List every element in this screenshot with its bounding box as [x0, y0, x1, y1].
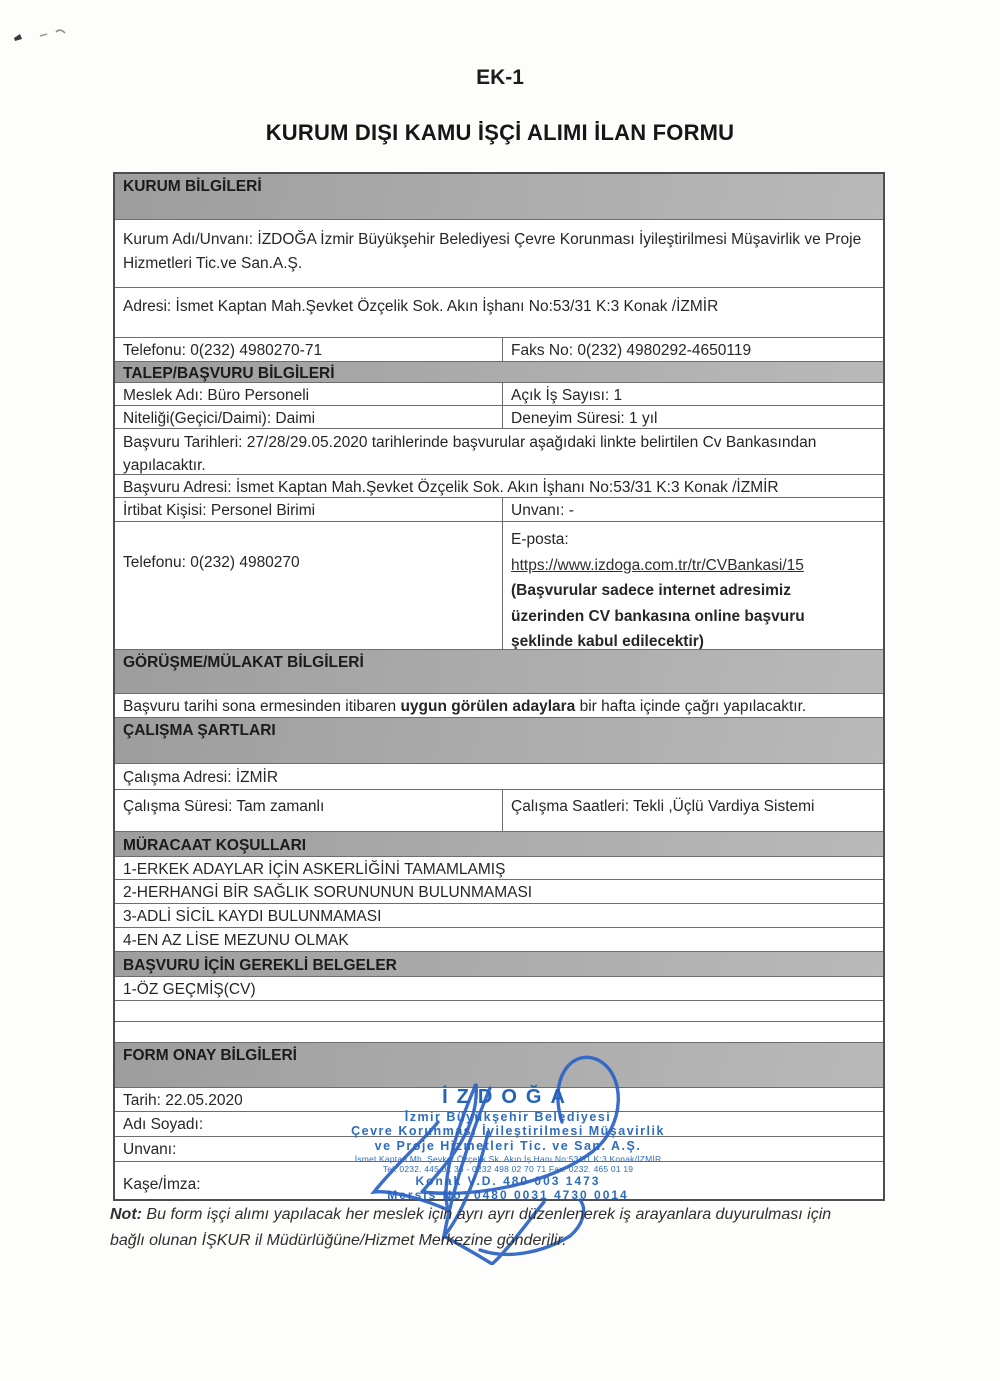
section-header-form-onay: FORM ONAY BİLGİLERİ	[115, 1042, 883, 1087]
muracaat-item-2: 2-HERHANGİ BİR SAĞLIK SORUNUNUN BULUNMAM…	[115, 880, 883, 904]
list-item: 3-ADLİ SİCİL KAYDI BULUNMAMASI	[115, 903, 883, 927]
gorusme-text-post: bir hafta içinde çağrı yapılacaktır.	[575, 698, 806, 715]
gorusme-text-bold: uygun görülen adaylara	[400, 698, 575, 715]
section-header-label: BAŞVURU İÇİN GEREKLİ BELGELER	[115, 952, 883, 977]
acik-is-sayisi-value: Açık İş Sayısı: 1	[502, 383, 883, 405]
stamp-line: Çevre Korunması İyileştirilmesi Müşavirl…	[318, 1124, 698, 1139]
eposta-note-line1: (Başvurular sadece internet adresimiz	[511, 578, 875, 604]
row-basvuru-tarihleri: Başvuru Tarihleri: 27/28/29.05.2020 tari…	[115, 428, 883, 474]
section-header-label: TALEP/BAŞVURU BİLGİLERİ	[115, 362, 883, 384]
form-note: Not: Bu form işçi alımı yapılacak her me…	[110, 1202, 910, 1254]
section-header-label: MÜRACAAT KOŞULLARI	[115, 832, 883, 857]
form-table: KURUM BİLGİLERİ Kurum Adı/Unvanı: İZDOĞA…	[113, 172, 885, 1201]
row-calisma-suresi: Çalışma Süresi: Tam zamanlı Çalışma Saat…	[115, 789, 883, 831]
cv-bankasi-link[interactable]: https://www.izdoga.com.tr/tr/CVBankasi/1…	[511, 553, 875, 579]
row-basvuru-adresi: Başvuru Adresi: İsmet Kaptan Mah.Şevket …	[115, 474, 883, 497]
muracaat-item-4: 4-EN AZ LİSE MEZUNU OLMAK	[115, 928, 883, 952]
row-telefon-faks: Telefonu: 0(232) 4980270-71 Faks No: 0(2…	[115, 337, 883, 361]
deneyim-suresi-value: Deneyim Süresi: 1 yıl	[502, 406, 883, 428]
section-header-kurum-bilgileri: KURUM BİLGİLERİ	[115, 174, 883, 219]
doc-label: EK-1	[0, 66, 1000, 90]
stamp-mersis-no: Mersis No: 0480 0031 4730 0014	[318, 1188, 698, 1202]
calisma-saatleri-value: Çalışma Saatleri: Tekli ,Üçlü Vardiya Si…	[502, 790, 883, 831]
eposta-note-line2: üzerinden CV bankasına online başvuru	[511, 604, 875, 630]
section-header-label: GÖRÜŞME/MÜLAKAT BİLGİLERİ	[115, 650, 883, 674]
row-telefon-eposta: Telefonu: 0(232) 4980270 E-posta: https:…	[115, 521, 883, 649]
gorusme-text-pre: Başvuru tarihi sona ermesinden itibaren	[123, 698, 400, 715]
irtibat-kisisi-value: İrtibat Kişisi: Personel Birimi	[115, 498, 502, 521]
stamp-phone: Tel: 0232. 445 01 36 - 0232 498 02 70 71…	[318, 1164, 698, 1174]
muracaat-item-3: 3-ADLİ SİCİL KAYDI BULUNMAMASI	[115, 904, 883, 928]
niteligi-value: Niteliği(Geçici/Daimi): Daimi	[115, 406, 502, 428]
section-header-label: ÇALIŞMA ŞARTLARI	[115, 718, 883, 742]
scanned-form-page: EK-1 KURUM DIŞI KAMU İŞÇİ ALIMI İLAN FOR…	[0, 0, 1000, 1381]
section-header-label: KURUM BİLGİLERİ	[115, 174, 883, 198]
basvuru-adresi-value: Başvuru Adresi: İsmet Kaptan Mah.Şevket …	[115, 475, 883, 499]
unvani-value: Unvanı: -	[502, 498, 883, 521]
calisma-suresi-value: Çalışma Süresi: Tam zamanlı	[115, 790, 502, 831]
row-meslek-adi: Meslek Adı: Büro Personeli Açık İş Sayıs…	[115, 382, 883, 405]
list-item: 1-ERKEK ADAYLAR İÇİN ASKERLİĞİNİ TAMAMLA…	[115, 856, 883, 879]
muracaat-item-1: 1-ERKEK ADAYLAR İÇİN ASKERLİĞİNİ TAMAMLA…	[115, 857, 883, 881]
page-title: KURUM DIŞI KAMU İŞÇİ ALIMI İLAN FORMU	[0, 120, 1000, 146]
stamp-tax-office: Konak V.D. 480 003 1473	[318, 1174, 698, 1188]
empty-row	[115, 1000, 883, 1021]
pen-speck-marks	[0, 0, 120, 60]
empty-row	[115, 1021, 883, 1042]
company-stamp: İZDOĞA İzmir Büyükşehir Belediyesi Çevre…	[318, 1086, 698, 1202]
section-header-calisma-sartlari: ÇALIŞMA ŞARTLARI	[115, 717, 883, 763]
row-adresi: Adresi: İsmet Kaptan Mah.Şevket Özçelik …	[115, 287, 883, 337]
list-item: 4-EN AZ LİSE MEZUNU OLMAK	[115, 927, 883, 951]
meslek-adi-value: Meslek Adı: Büro Personeli	[115, 383, 502, 405]
section-header-talep-basvuru: TALEP/BAŞVURU BİLGİLERİ	[115, 361, 883, 382]
row-kurum-adi: Kurum Adı/Unvanı: İZDOĞA İzmir Büyükşehi…	[115, 219, 883, 287]
faks-value: Faks No: 0(232) 4980292-4650119	[502, 338, 883, 361]
row-oz-gecmis: 1-ÖZ GEÇMİŞ(CV)	[115, 976, 883, 1000]
stamp-address: İsmet Kaptan Mh. Şevket Özçelik Sk. Akın…	[318, 1154, 698, 1164]
row-niteligi: Niteliği(Geçici/Daimi): Daimi Deneyim Sü…	[115, 405, 883, 428]
basvuru-tarihleri-value: Başvuru Tarihleri: 27/28/29.05.2020 tari…	[115, 429, 831, 477]
section-header-label: FORM ONAY BİLGİLERİ	[115, 1043, 883, 1067]
kurum-adi-value: Kurum Adı/Unvanı: İZDOĞA İzmir Büyükşehi…	[115, 220, 871, 276]
section-header-muracaat-kosullari: MÜRACAAT KOŞULLARI	[115, 831, 883, 856]
belge-item-1: 1-ÖZ GEÇMİŞ(CV)	[115, 977, 883, 1001]
stamp-line: ve Proje Hizmetleri Tic. ve San. A.Ş.	[318, 1139, 698, 1154]
list-item: 2-HERHANGİ BİR SAĞLIK SORUNUNUN BULUNMAM…	[115, 879, 883, 903]
note-line1: Bu form işçi alımı yapılacak her meslek …	[142, 1206, 831, 1223]
eposta-label: E-posta:	[511, 527, 875, 553]
section-header-gerekli-belgeler: BAŞVURU İÇİN GEREKLİ BELGELER	[115, 951, 883, 976]
adresi-value: Adresi: İsmet Kaptan Mah.Şevket Özçelik …	[115, 288, 883, 318]
stamp-line: İzmir Büyükşehir Belediyesi	[318, 1110, 698, 1125]
stamp-company-name: İZDOĞA	[318, 1086, 698, 1110]
row-calisma-adresi: Çalışma Adresi: İZMİR	[115, 763, 883, 789]
calisma-adresi-value: Çalışma Adresi: İZMİR	[115, 764, 883, 789]
row-irtibat-kisisi: İrtibat Kişisi: Personel Birimi Unvanı: …	[115, 497, 883, 521]
section-header-gorusme-mulakat: GÖRÜŞME/MÜLAKAT BİLGİLERİ	[115, 649, 883, 693]
note-line2: bağlı olunan İŞKUR il Müdürlüğüne/Hizmet…	[110, 1232, 567, 1249]
note-label: Not:	[110, 1206, 142, 1223]
telefonu-value: Telefonu: 0(232) 4980270-71	[115, 338, 502, 361]
row-gorusme-text: Başvuru tarihi sona ermesinden itibaren …	[115, 693, 883, 717]
talep-telefonu-value: Telefonu: 0(232) 4980270	[115, 522, 502, 649]
